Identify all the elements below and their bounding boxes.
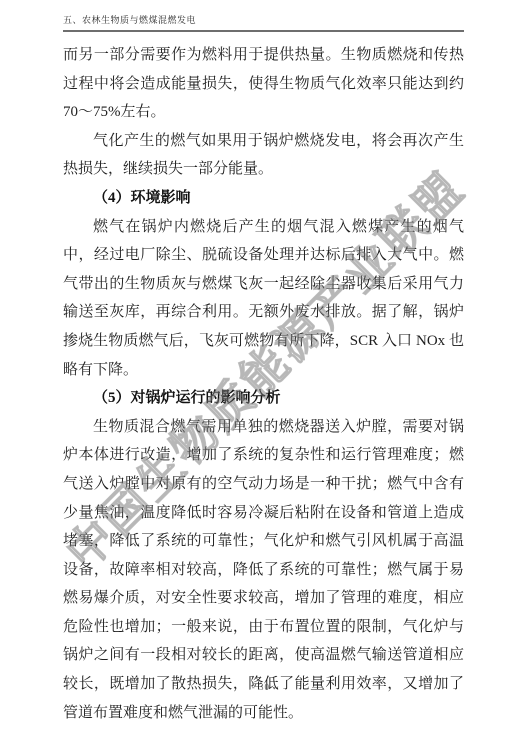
page-number: - 30 - <box>0 682 529 692</box>
document-page: 五、农林生物质与燃煤混燃发电 中国生物质能源产业联盟 而另一部分需要作为燃料用于… <box>0 0 529 731</box>
paragraph: 燃气在锅炉内燃烧后产生的烟气混入燃煤产生的烟气中，经过电厂除尘、脱硫设备处理并达… <box>63 213 464 385</box>
page-header: 五、农林生物质与燃煤混燃发电 <box>63 14 464 32</box>
paragraph: 生物质混合燃气需用单独的燃烧器送入炉膛，需要对锅炉本体进行改造，增加了系统的复杂… <box>63 413 464 728</box>
document-body: 而另一部分需要作为燃料用于提供热量。生物质燃烧和传热过程中将会造成能量损失，使得… <box>63 41 464 727</box>
header-chapter-title: 五、农林生物质与燃煤混燃发电 <box>63 14 464 26</box>
header-divider <box>63 30 464 32</box>
paragraph-continuation: 而另一部分需要作为燃料用于提供热量。生物质燃烧和传热过程中将会造成能量损失，使得… <box>63 41 464 127</box>
section-heading-5: （5）对锅炉运行的影响分析 <box>63 384 464 413</box>
section-heading-4: （4）环境影响 <box>63 184 464 213</box>
paragraph: 气化产生的燃气如果用于锅炉燃烧发电，将会再次产生热损失，继续损失一部分能量。 <box>63 127 464 184</box>
